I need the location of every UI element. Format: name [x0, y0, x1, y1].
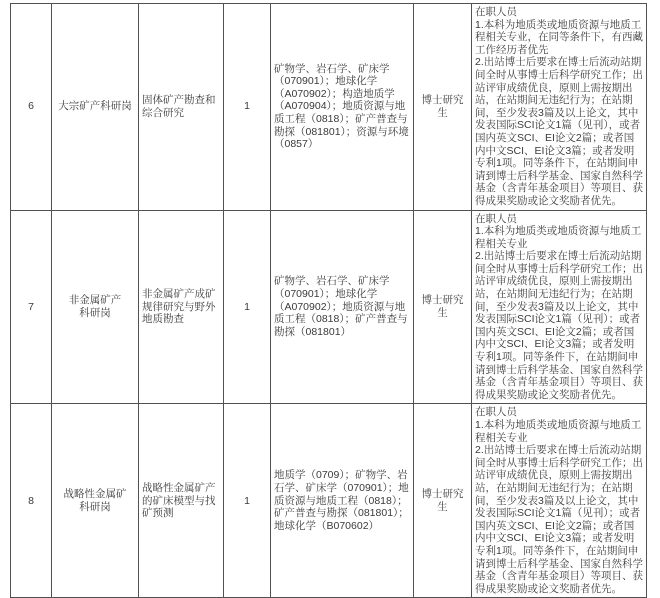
position-name: 大宗矿产科研岗: [52, 4, 139, 211]
position-name: 战略性金属矿 科研岗: [52, 404, 139, 598]
other-conditions: 在职人员 1.本科为地质类或地质资源与地质工程相关专业 2.出站博士后要求在博士…: [472, 210, 647, 404]
required-majors: 地质学（0709）；矿物学、岩石学、矿床学（070901）；地质资源与地质工程（…: [271, 404, 414, 598]
research-duty: 战略性金属矿产的矿床模型与找矿预测: [139, 404, 224, 598]
required-degree: 博士研究生: [414, 404, 472, 598]
recruitment-positions-table: 6 大宗矿产科研岗 固体矿产勘查和综合研究 1 矿物学、岩石学、矿床学（0709…: [10, 3, 647, 598]
table-row: 8 战略性金属矿 科研岗 战略性金属矿产的矿床模型与找矿预测 1 地质学（070…: [11, 404, 647, 598]
required-majors: 矿物学、岩石学、矿床学（070901）；地球化学（A070902）；构造地质学（…: [271, 4, 414, 211]
recruitment-table-page: 6 大宗矿产科研岗 固体矿产勘查和综合研究 1 矿物学、岩石学、矿床学（0709…: [0, 0, 660, 590]
headcount: 1: [224, 404, 271, 598]
headcount: 1: [224, 4, 271, 211]
position-number: 6: [11, 4, 52, 211]
headcount: 1: [224, 210, 271, 404]
research-duty: 固体矿产勘查和综合研究: [139, 4, 224, 211]
other-conditions: 在职人员 1.本科为地质类或地质资源与地质工程相关专业，在同等条件下，有西藏工作…: [472, 4, 647, 211]
required-degree: 博士研究生: [414, 210, 472, 404]
table-row: 7 非金属矿产 科研岗 非金属矿产成矿规律研究与野外地质勘查 1 矿物学、岩石学…: [11, 210, 647, 404]
table-row: 6 大宗矿产科研岗 固体矿产勘查和综合研究 1 矿物学、岩石学、矿床学（0709…: [11, 4, 647, 211]
position-name: 非金属矿产 科研岗: [52, 210, 139, 404]
other-conditions: 在职人员 1.本科为地质类或地质资源与地质工程相关专业 2.出站博士后要求在博士…: [472, 404, 647, 598]
position-number: 7: [11, 210, 52, 404]
research-duty: 非金属矿产成矿规律研究与野外地质勘查: [139, 210, 224, 404]
required-degree: 博士研究生: [414, 4, 472, 211]
required-majors: 矿物学、岩石学、矿床学（070901）；地球化学（A070902）；地质资源与地…: [271, 210, 414, 404]
position-number: 8: [11, 404, 52, 598]
